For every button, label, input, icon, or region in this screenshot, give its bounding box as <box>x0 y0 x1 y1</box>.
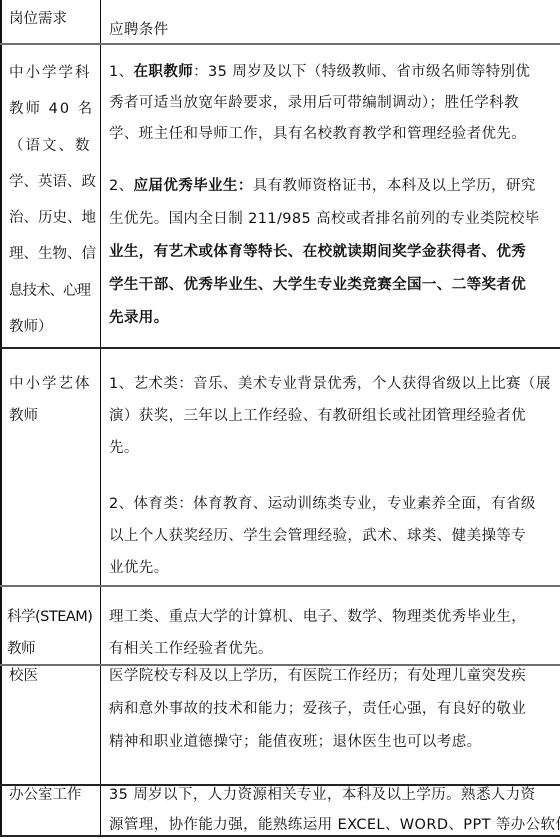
header-position-label: 岗位需求 <box>9 4 67 35</box>
table-header-row: 岗位需求 应聘条件 <box>0 0 560 44</box>
position-cell: 中小学学科 教师 40 名 （语文、数 学、英语、政 治、历史、地 理、生物、信… <box>0 45 101 347</box>
position-text: 科学(STEAM) 教师 <box>7 601 92 665</box>
requirement-paragraph-1: 35 周岁以下，人力资源相关专业，本科及以上学历。熟悉人力资 源管理，协作能力强… <box>109 780 560 839</box>
requirements-cell: 医学院校专科及以上学历，有医院工作经历；有处理儿童突发疾 病和意外事故的技术和能… <box>101 666 560 784</box>
header-cell-position: 岗位需求 <box>0 0 101 44</box>
position-text: 中小学学科 教师 40 名 （语文、数 学、英语、政 治、历史、地 理、生物、信… <box>9 55 96 345</box>
requirement-paragraph-2: 2、体育类：体育教育、运动训练类专业，专业素养全面，有省级 以上个人获奖经历、学… <box>109 488 536 584</box>
requirements-cell: 1、艺术类：音乐、美术专业背景优秀，个人获得省级以上比赛（展 演）获奖，三年以上… <box>101 349 560 585</box>
position-cell: 办公室工作 <box>0 786 101 836</box>
requirement-paragraph-1: 理工类、重点大学的计算机、电子、数学、物理类优秀毕业生， 有相关工作经验者优先。 <box>109 601 526 665</box>
requirements-cell: 1、在职教师：35 周岁及以下（特级教师、省市级名师等特别优 秀者可适当放宽年龄… <box>101 45 560 347</box>
table-row: 中小学艺体 教师 1、艺术类：音乐、美术专业背景优秀，个人获得省级以上比赛（展 … <box>0 349 560 585</box>
table-row: 办公室工作 35 周岁以下，人力资源相关专业，本科及以上学历。熟悉人力资 源管理… <box>0 786 560 836</box>
requirements-cell: 理工类、重点大学的计算机、电子、数学、物理类优秀毕业生， 有相关工作经验者优先。 <box>101 587 560 664</box>
position-cell: 校医 <box>0 666 101 784</box>
header-cell-requirements: 应聘条件 <box>101 0 560 44</box>
requirement-paragraph-1: 1、在职教师：35 周岁及以下（特级教师、省市级名师等特别优 秀者可适当放宽年龄… <box>109 57 530 150</box>
requirement-paragraph-2: 2、应届优秀毕业生：具有教师资格证书，本科及以上学历，研究 生优先。国内全日制 … <box>109 170 540 335</box>
table-row: 中小学学科 教师 40 名 （语文、数 学、英语、政 治、历史、地 理、生物、信… <box>0 45 560 347</box>
table-row: 校医 医学院校专科及以上学历，有医院工作经历；有处理儿童突发疾 病和意外事故的技… <box>0 666 560 784</box>
table-bottom-border <box>0 835 560 837</box>
header-requirements-label: 应聘条件 <box>109 15 169 46</box>
table-row: 科学(STEAM) 教师 理工类、重点大学的计算机、电子、数学、物理类优秀毕业生… <box>0 587 560 664</box>
position-cell: 科学(STEAM) 教师 <box>0 587 101 664</box>
requirements-cell: 35 周岁以下，人力资源相关专业，本科及以上学历。熟悉人力资 源管理，协作能力强… <box>101 786 560 836</box>
position-text: 校医 <box>9 660 38 692</box>
position-text: 中小学艺体 教师 <box>9 368 92 432</box>
requirement-paragraph-1: 医学院校专科及以上学历，有医院工作经历；有处理儿童突发疾 病和意外事故的技术和能… <box>109 660 526 759</box>
position-cell: 中小学艺体 教师 <box>0 349 101 585</box>
position-text: 办公室工作 <box>9 780 82 810</box>
requirement-paragraph-1: 1、艺术类：音乐、美术专业背景优秀，个人获得省级以上比赛（展 演）获奖，三年以上… <box>109 368 551 464</box>
